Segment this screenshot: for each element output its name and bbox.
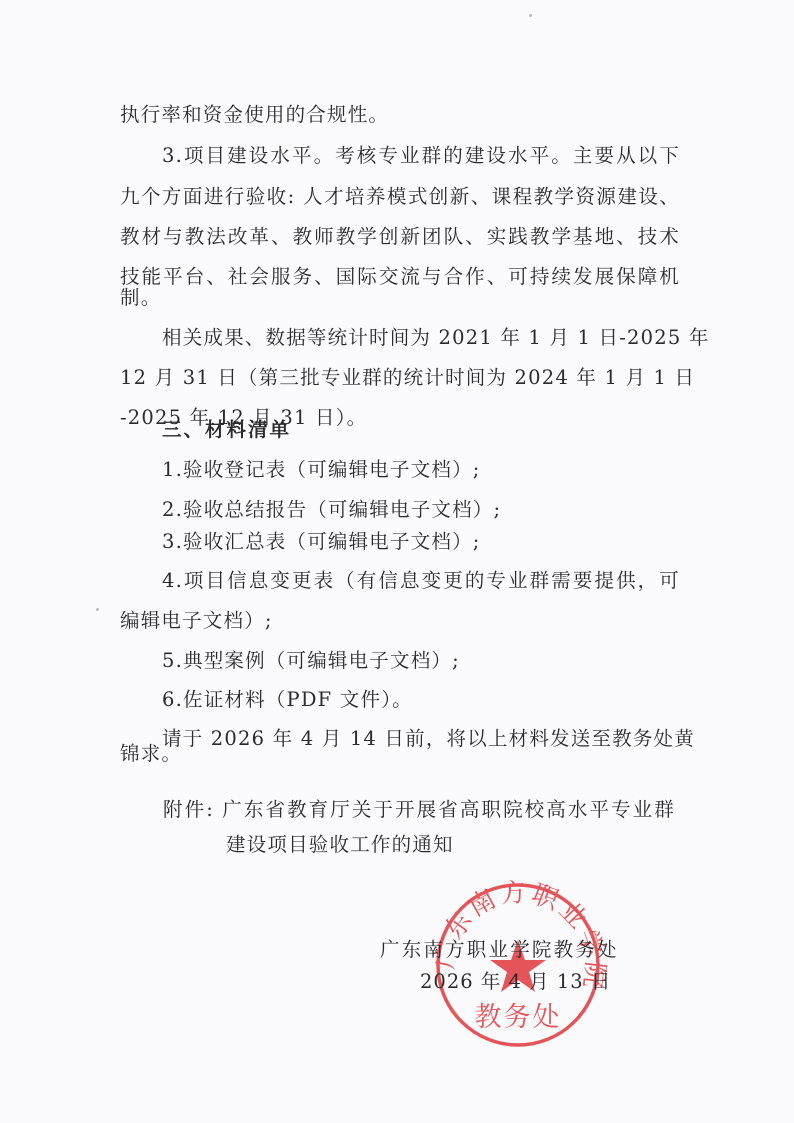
body-line: 3.项目建设水平。考核专业群的建设水平。主要从以下: [162, 144, 680, 168]
body-line: 制。: [120, 286, 680, 310]
signature-organization: 广东南方职业学院教务处: [380, 938, 620, 962]
deadline-line: 锦求。: [120, 742, 680, 766]
material-item: 5.典型案例（可编辑电子文档）;: [162, 649, 680, 673]
scan-speck: [96, 608, 99, 611]
stamp-bottom-text: 教务处: [475, 1002, 562, 1033]
scan-speck: [529, 14, 532, 17]
attachment-title-continued: 建设项目验收工作的通知: [226, 833, 786, 857]
section-heading: 三、材料清单: [162, 418, 680, 442]
official-seal-stamp: 广东南方职业学院 教务处: [432, 880, 608, 1050]
material-item: 2.验收总结报告（可编辑电子文档）;: [162, 498, 680, 522]
material-item: 3.验收汇总表（可编辑电子文档）;: [162, 530, 680, 554]
attachment-line: 附件: 广东省教育厅关于开展省高职院校高水平专业群: [163, 798, 675, 822]
material-item: 4.项目信息变更表（有信息变更的专业群需要提供，可: [162, 569, 680, 593]
material-item-continued: 编辑电子文档）;: [120, 609, 680, 633]
body-line: 九个方面进行验收: 人才培养模式创新、课程教学资源建设、: [120, 185, 680, 209]
body-line: 执行率和资金使用的合规性。: [120, 103, 680, 127]
document-page: 执行率和资金使用的合规性。 3.项目建设水平。考核专业群的建设水平。主要从以下 …: [0, 0, 794, 1123]
body-line: 12 月 31 日（第三批专业群的统计时间为 2024 年 1 月 1 日: [120, 366, 680, 390]
signature-date: 2026 年 4 月 13 日: [420, 970, 620, 994]
body-line: 教材与教法改革、教师教学创新团队、实践教学基地、技术: [120, 225, 680, 249]
material-item: 6.佐证材料（PDF 文件）。: [162, 688, 680, 712]
material-item: 1.验收登记表（可编辑电子文档）;: [162, 458, 680, 482]
body-line: 相关成果、数据等统计时间为 2021 年 1 月 1 日-2025 年: [162, 326, 680, 350]
